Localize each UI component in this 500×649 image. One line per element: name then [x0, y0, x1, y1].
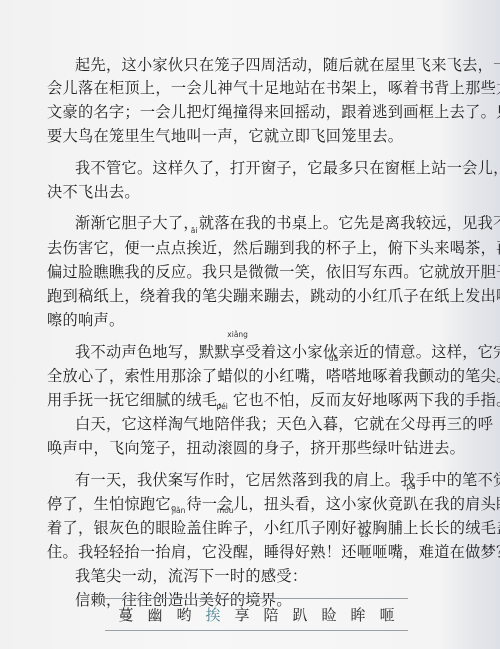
text-segment: 跑到稿纸上，绕着我的笔尖蹦来蹦去，跳动的小红爪子在纸上发出 [47, 287, 496, 305]
new-character: 眸 [351, 604, 366, 625]
pinyin-annotated-char: móu眸 [217, 518, 233, 538]
textbook-page: 起先，这小家伙只在笼子四周活动，随后就在屋里飞来飞去，一会儿落在柜顶上，一会儿神… [0, 0, 500, 649]
text-segment: 近，然后蹦到我的杯子上，俯下头来喝茶，再 [202, 239, 500, 257]
annotated-char: 陪 [214, 415, 230, 433]
paragraph-6-line-3: 着了，银灰色的眼jiǎn睑盖住móu眸子，小红爪子刚好被胸脯上长长的绒毛盖 [47, 518, 500, 538]
paragraph-6-line-1: 有一天，我伏案写作时，它居然落到我的肩上。我手中的笔不觉 [75, 470, 500, 490]
new-character: 享 [234, 604, 249, 625]
paragraph-4-line-1: 我不动声色地写，默默xiǎng享受着这小家伙亲近的情意。这样，它完 [75, 342, 500, 362]
paragraph-1-line-3: 文豪的名字；一会儿把灯绳撞得来回摇动，跟着逃到画框上去了。只 [47, 102, 500, 122]
paragraph-3-line-1: 渐渐它胆子大了，就落在我的书桌上。它先是离我较远，见我不 [75, 213, 500, 233]
paragraph-3-line-3: 偏过脸瞧瞧我的反应。我只是微微一笑，依旧写东西。它就放开胆子 [47, 262, 500, 282]
pinyin-annotated-char: dā嗒 [326, 366, 342, 386]
pinyin-annotated-char: xiǎng享 [230, 342, 246, 362]
new-character: 幽 [147, 604, 162, 625]
pinyin-annotated-char: pā趴 [403, 494, 419, 514]
paragraph-5-line-2: 唤声中，飞向笼子，扭动滚圆的身子，挤开那些绿叶钻进去。 [47, 438, 465, 458]
new-character: 趴 [293, 604, 308, 625]
annotated-char: 嚓 [496, 287, 500, 305]
pinyin-label: xiǎng [227, 331, 248, 339]
paragraph-2-line-1: 我不管它。这样久了，打开窗子，它最多只在窗框上站一会儿， [75, 158, 500, 178]
new-character: 蔓 [118, 604, 133, 625]
pinyin-label: móu [217, 507, 234, 515]
pinyin-annotated-char: zā咂 [357, 542, 373, 562]
pinyin-label: péi [216, 403, 227, 411]
new-character: 咂 [380, 604, 395, 625]
pinyin-annotated-char: cā嚓 [496, 286, 500, 306]
pinyin-annotated-char: āi挨 [186, 238, 202, 258]
new-character: 睑 [322, 604, 337, 625]
pinyin-label: dā [329, 355, 338, 363]
pinyin-annotated-char: jiǎn睑 [171, 518, 187, 538]
text-segment: 白天，它这样淘气地 [75, 415, 214, 433]
pinyin-label: āi [191, 227, 198, 235]
paragraph-3-line-2: 去伤害它，便一点点āi挨近，然后蹦到我的杯子上，俯下头来喝茶，再 [47, 238, 500, 258]
text-segment: 盖住 [186, 519, 217, 537]
text-segment: 受着这小家伙亲近的情意。这样，它完 [245, 343, 500, 361]
paragraph-6-line-2: 停了，生怕惊跑它。待一会儿，扭头看，这小家伙竟pā趴在我的肩头睡 [47, 494, 500, 514]
paragraph-1-line-2: 会儿落在柜顶上，一会儿神气十足地站在书架上，啄着书背上那些大 [47, 78, 500, 98]
annotated-char: 咂 [357, 543, 373, 561]
paragraph-6-line-4: 住。我轻轻抬一抬肩，它没醒，睡得好熟！还zā咂咂嘴，难道在做梦？ [47, 542, 500, 562]
text-segment: 去伤害它，便一点点 [47, 239, 186, 257]
annotated-char: 享 [230, 343, 246, 361]
annotated-char: 睑 [171, 519, 187, 537]
text-segment: 全放心了，索性用那涂了蜡似的小红嘴， [47, 367, 326, 385]
new-character: 挨 [205, 604, 220, 625]
new-characters-box: 蔓幽哟挨享陪趴睑眸咂 [105, 598, 408, 631]
text-segment: 我不动声色地写，默默 [75, 343, 230, 361]
text-segment: 着了，银灰色的眼 [47, 519, 171, 537]
paragraph-1-line-1: 起先，这小家伙只在笼子四周活动，随后就在屋里飞来飞去，一 [75, 55, 500, 75]
paragraph-3-line-4: 跑到稿纸上，绕着我的笔尖蹦来蹦去，跳动的小红爪子在纸上发出cā嚓 [47, 286, 500, 306]
annotated-char: 挨 [186, 239, 202, 257]
new-character: 哟 [176, 604, 191, 625]
pinyin-label: pā [406, 483, 415, 491]
text-segment: 住。我轻轻抬一抬肩，它没醒，睡得好熟！还 [47, 543, 357, 561]
paragraph-2-line-2: 决不飞出去。 [47, 182, 140, 202]
text-segment: 在我的肩头睡 [419, 495, 500, 513]
annotated-char: 嗒 [326, 367, 342, 385]
pinyin-label: jiǎn [172, 507, 186, 515]
text-segment: 嗒地啄着我颤动的笔尖。我 [341, 367, 500, 385]
pinyin-annotated-char: péi陪 [214, 414, 230, 434]
text-segment: 伴我；天色入暮，它就在父母再三的呼 [230, 415, 493, 433]
text-segment: 咂嘴，难道在做梦？ [372, 543, 500, 561]
annotated-char: 趴 [403, 495, 419, 513]
paragraph-7-line-1: 我笔尖一动，流泻下一时的感受： [75, 566, 307, 586]
paragraph-5-line-1: 白天，它这样淘气地péi陪伴我；天色入暮，它就在父母再三的呼 [75, 414, 493, 434]
new-character: 陪 [264, 604, 279, 625]
paragraph-3-line-5: 嚓的响声。 [47, 310, 124, 330]
paragraph-4-line-3: 用手抚一抚它细腻的绒毛，它也不怕，反而友好地啄两下我的手指。 [47, 390, 500, 410]
paragraph-1-line-4: 要大鸟在笼里生气地叫一声，它就立即飞回笼里去。 [47, 126, 403, 146]
pinyin-label: zā [360, 531, 369, 539]
annotated-char: 眸 [217, 519, 233, 537]
paragraph-4-line-2: 全放心了，索性用那涂了蜡似的小红嘴，dā嗒嗒地啄着我颤动的笔尖。我 [47, 366, 500, 386]
